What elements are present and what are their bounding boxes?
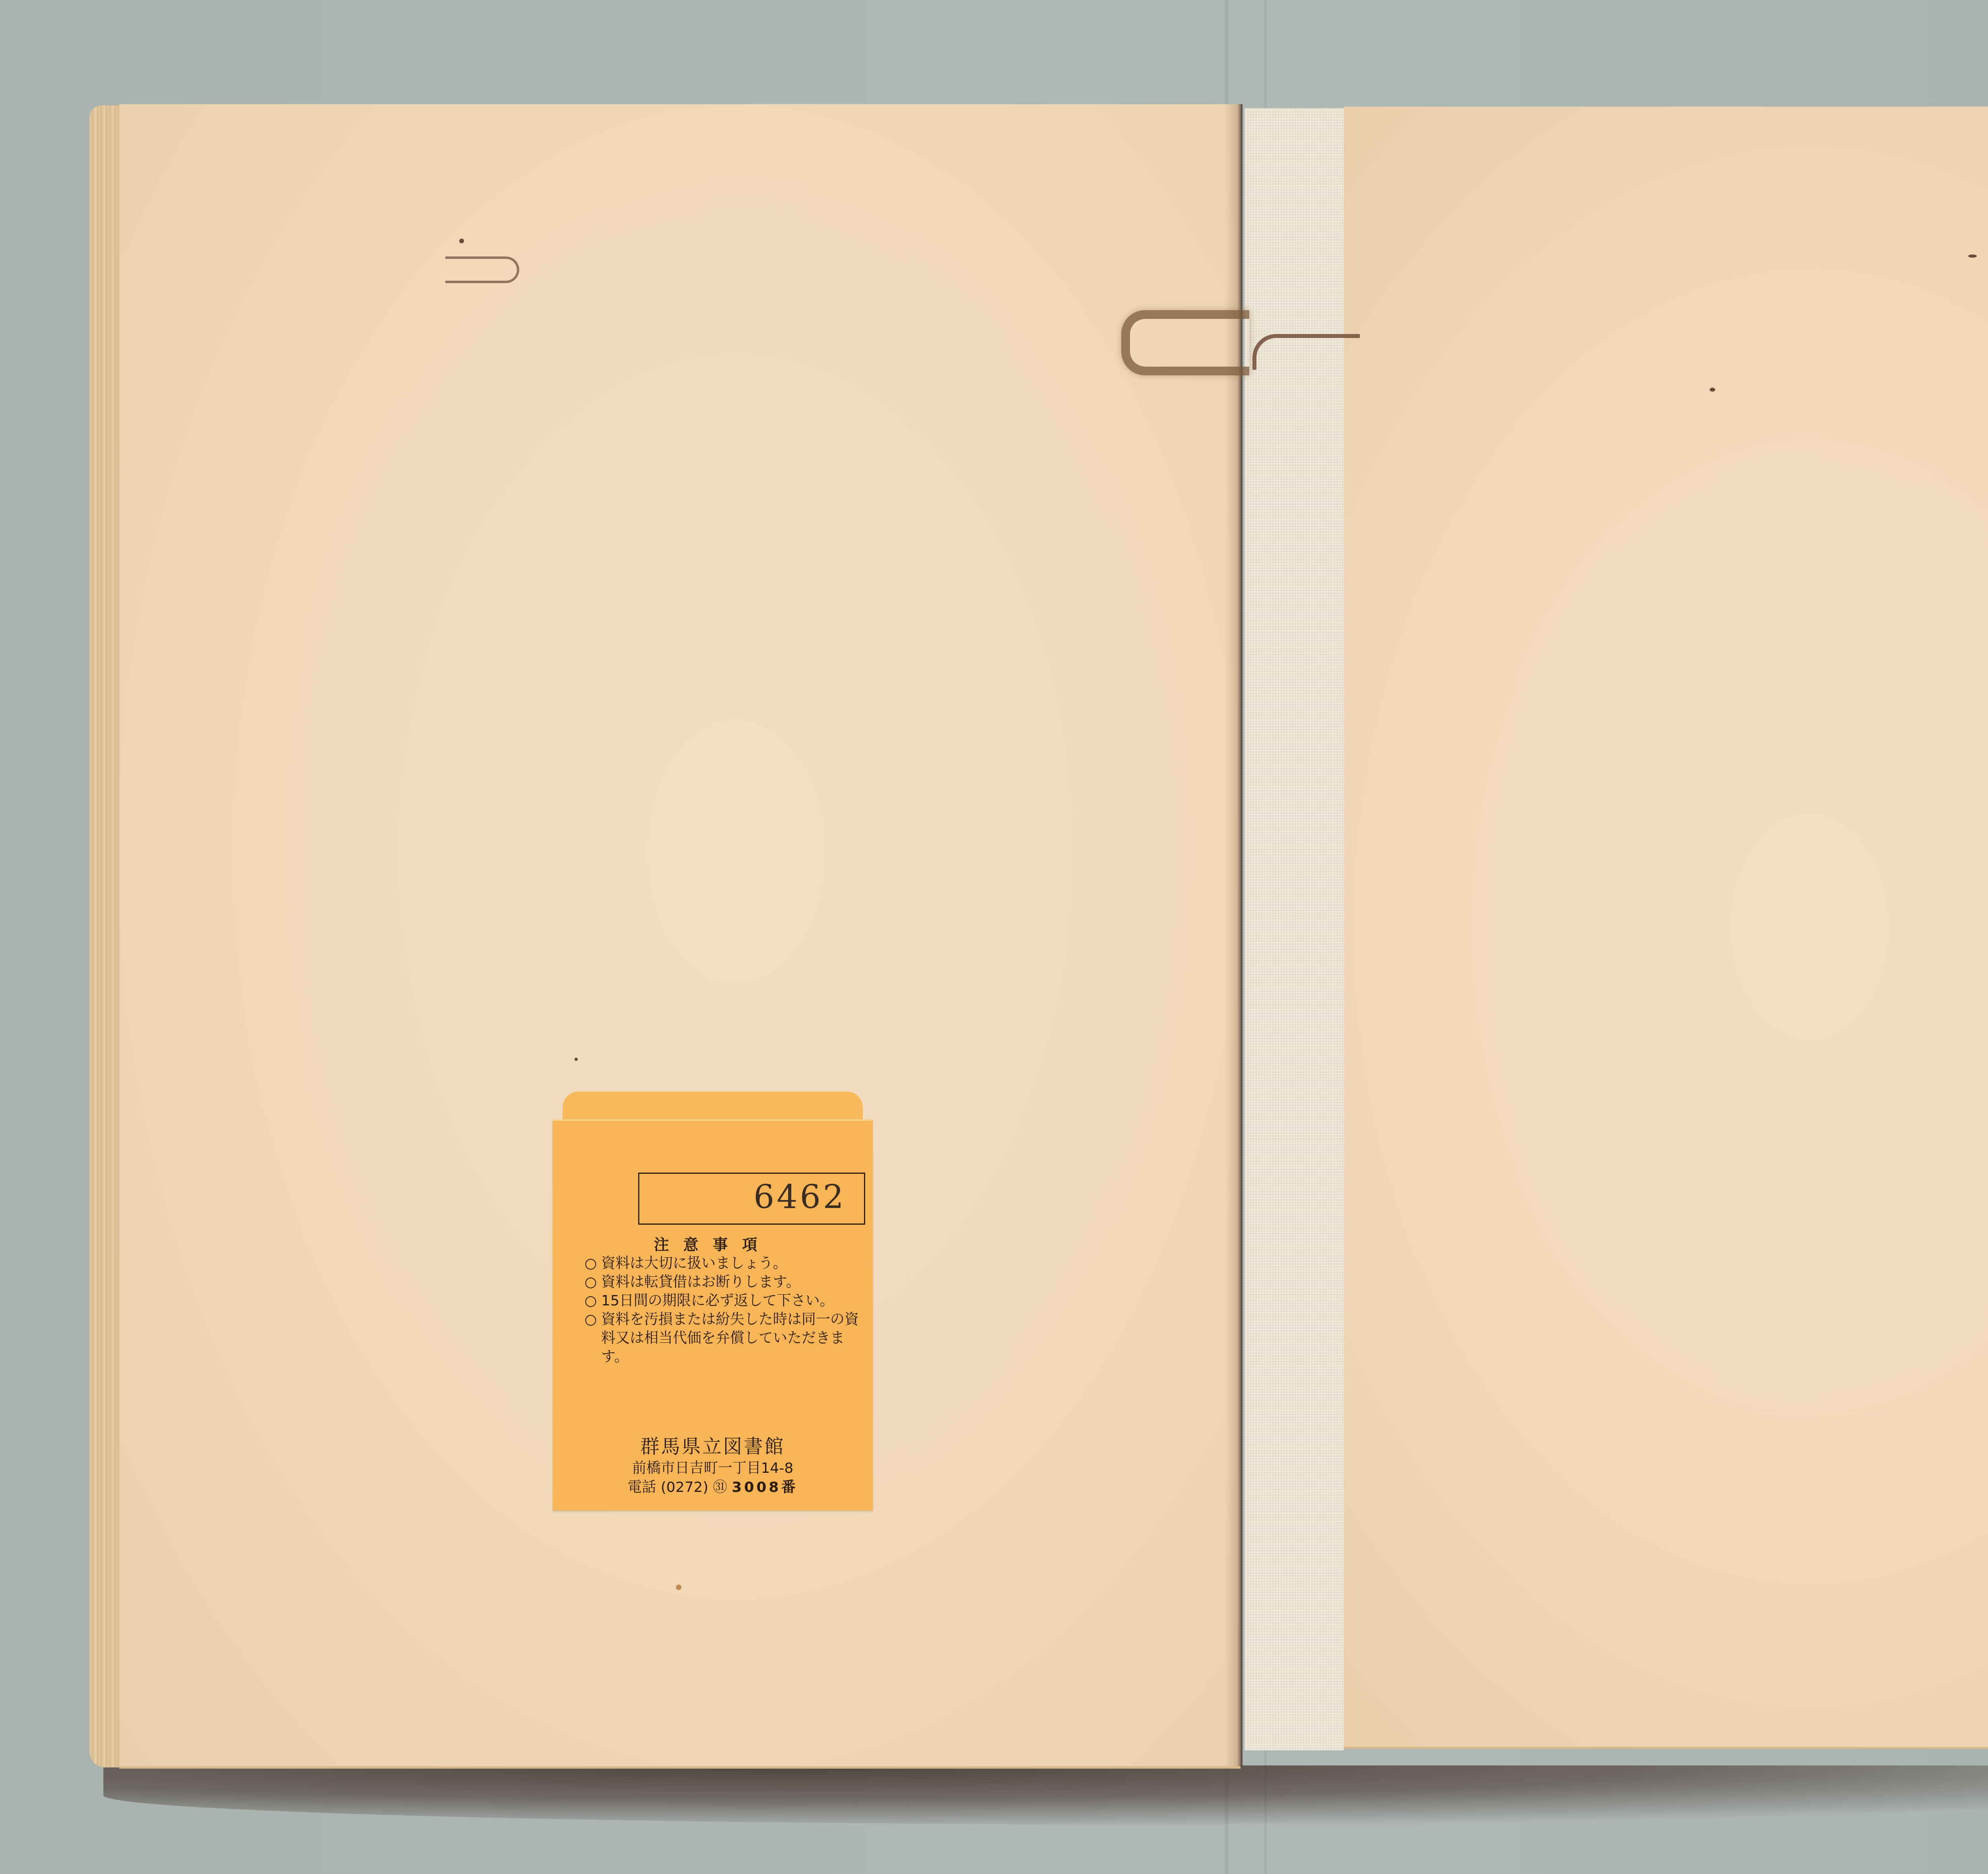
scan-background: 6462 注意事項 資料は大切に扱いましょう。 資料は転貸借はお断りします。 1… [0, 0, 1988, 1874]
stain-speck [676, 1585, 681, 1590]
library-card-pocket[interactable]: 6462 注意事項 資料は大切に扱いましょう。 資料は転貸借はお断りします。 1… [553, 1091, 873, 1509]
stain-speck [1710, 388, 1715, 392]
note-item: 15日間の期限に必ず返して下さい。 [584, 1291, 863, 1310]
spine-cloth-tape [1244, 108, 1344, 1750]
call-number-box: 6462 [638, 1173, 865, 1225]
library-address: 前橋市日吉町一丁目14-8 [553, 1457, 873, 1477]
pocket-front: 6462 注意事項 資料は大切に扱いましょう。 資料は転貸借はお断りします。 1… [553, 1119, 873, 1511]
note-item: 資料は転貸借はお断りします。 [584, 1273, 863, 1291]
call-number: 6462 [753, 1179, 846, 1216]
right-page [1344, 107, 1988, 1749]
phone-exchange: ㉛ [713, 1479, 727, 1495]
phone-label: 電話 [627, 1479, 656, 1495]
stain-speck [575, 1058, 578, 1061]
library-name: 群馬県立図書館 [553, 1431, 873, 1458]
left-page [119, 104, 1241, 1769]
notes-title: 注意事項 [553, 1232, 873, 1254]
phone-number: 3008番 [732, 1479, 798, 1495]
stain-speck [1968, 254, 1977, 258]
phone-area: (0272) [661, 1479, 709, 1495]
book-shadow [103, 1765, 1988, 1825]
library-phone: 電話 (0272) ㉛ 3008番 [553, 1476, 873, 1496]
notes-list: 資料は大切に扱いましょう。 資料は転貸借はお断りします。 15日間の期限に必ず返… [584, 1254, 863, 1366]
gutter-shadow [1225, 104, 1242, 1766]
stain-speck [459, 239, 464, 243]
note-item: 資料を汚損または紛失した時は同一の資料又は相当代価を弁償していただきます。 [584, 1310, 863, 1366]
note-item: 資料は大切に扱いましょう。 [584, 1254, 863, 1273]
